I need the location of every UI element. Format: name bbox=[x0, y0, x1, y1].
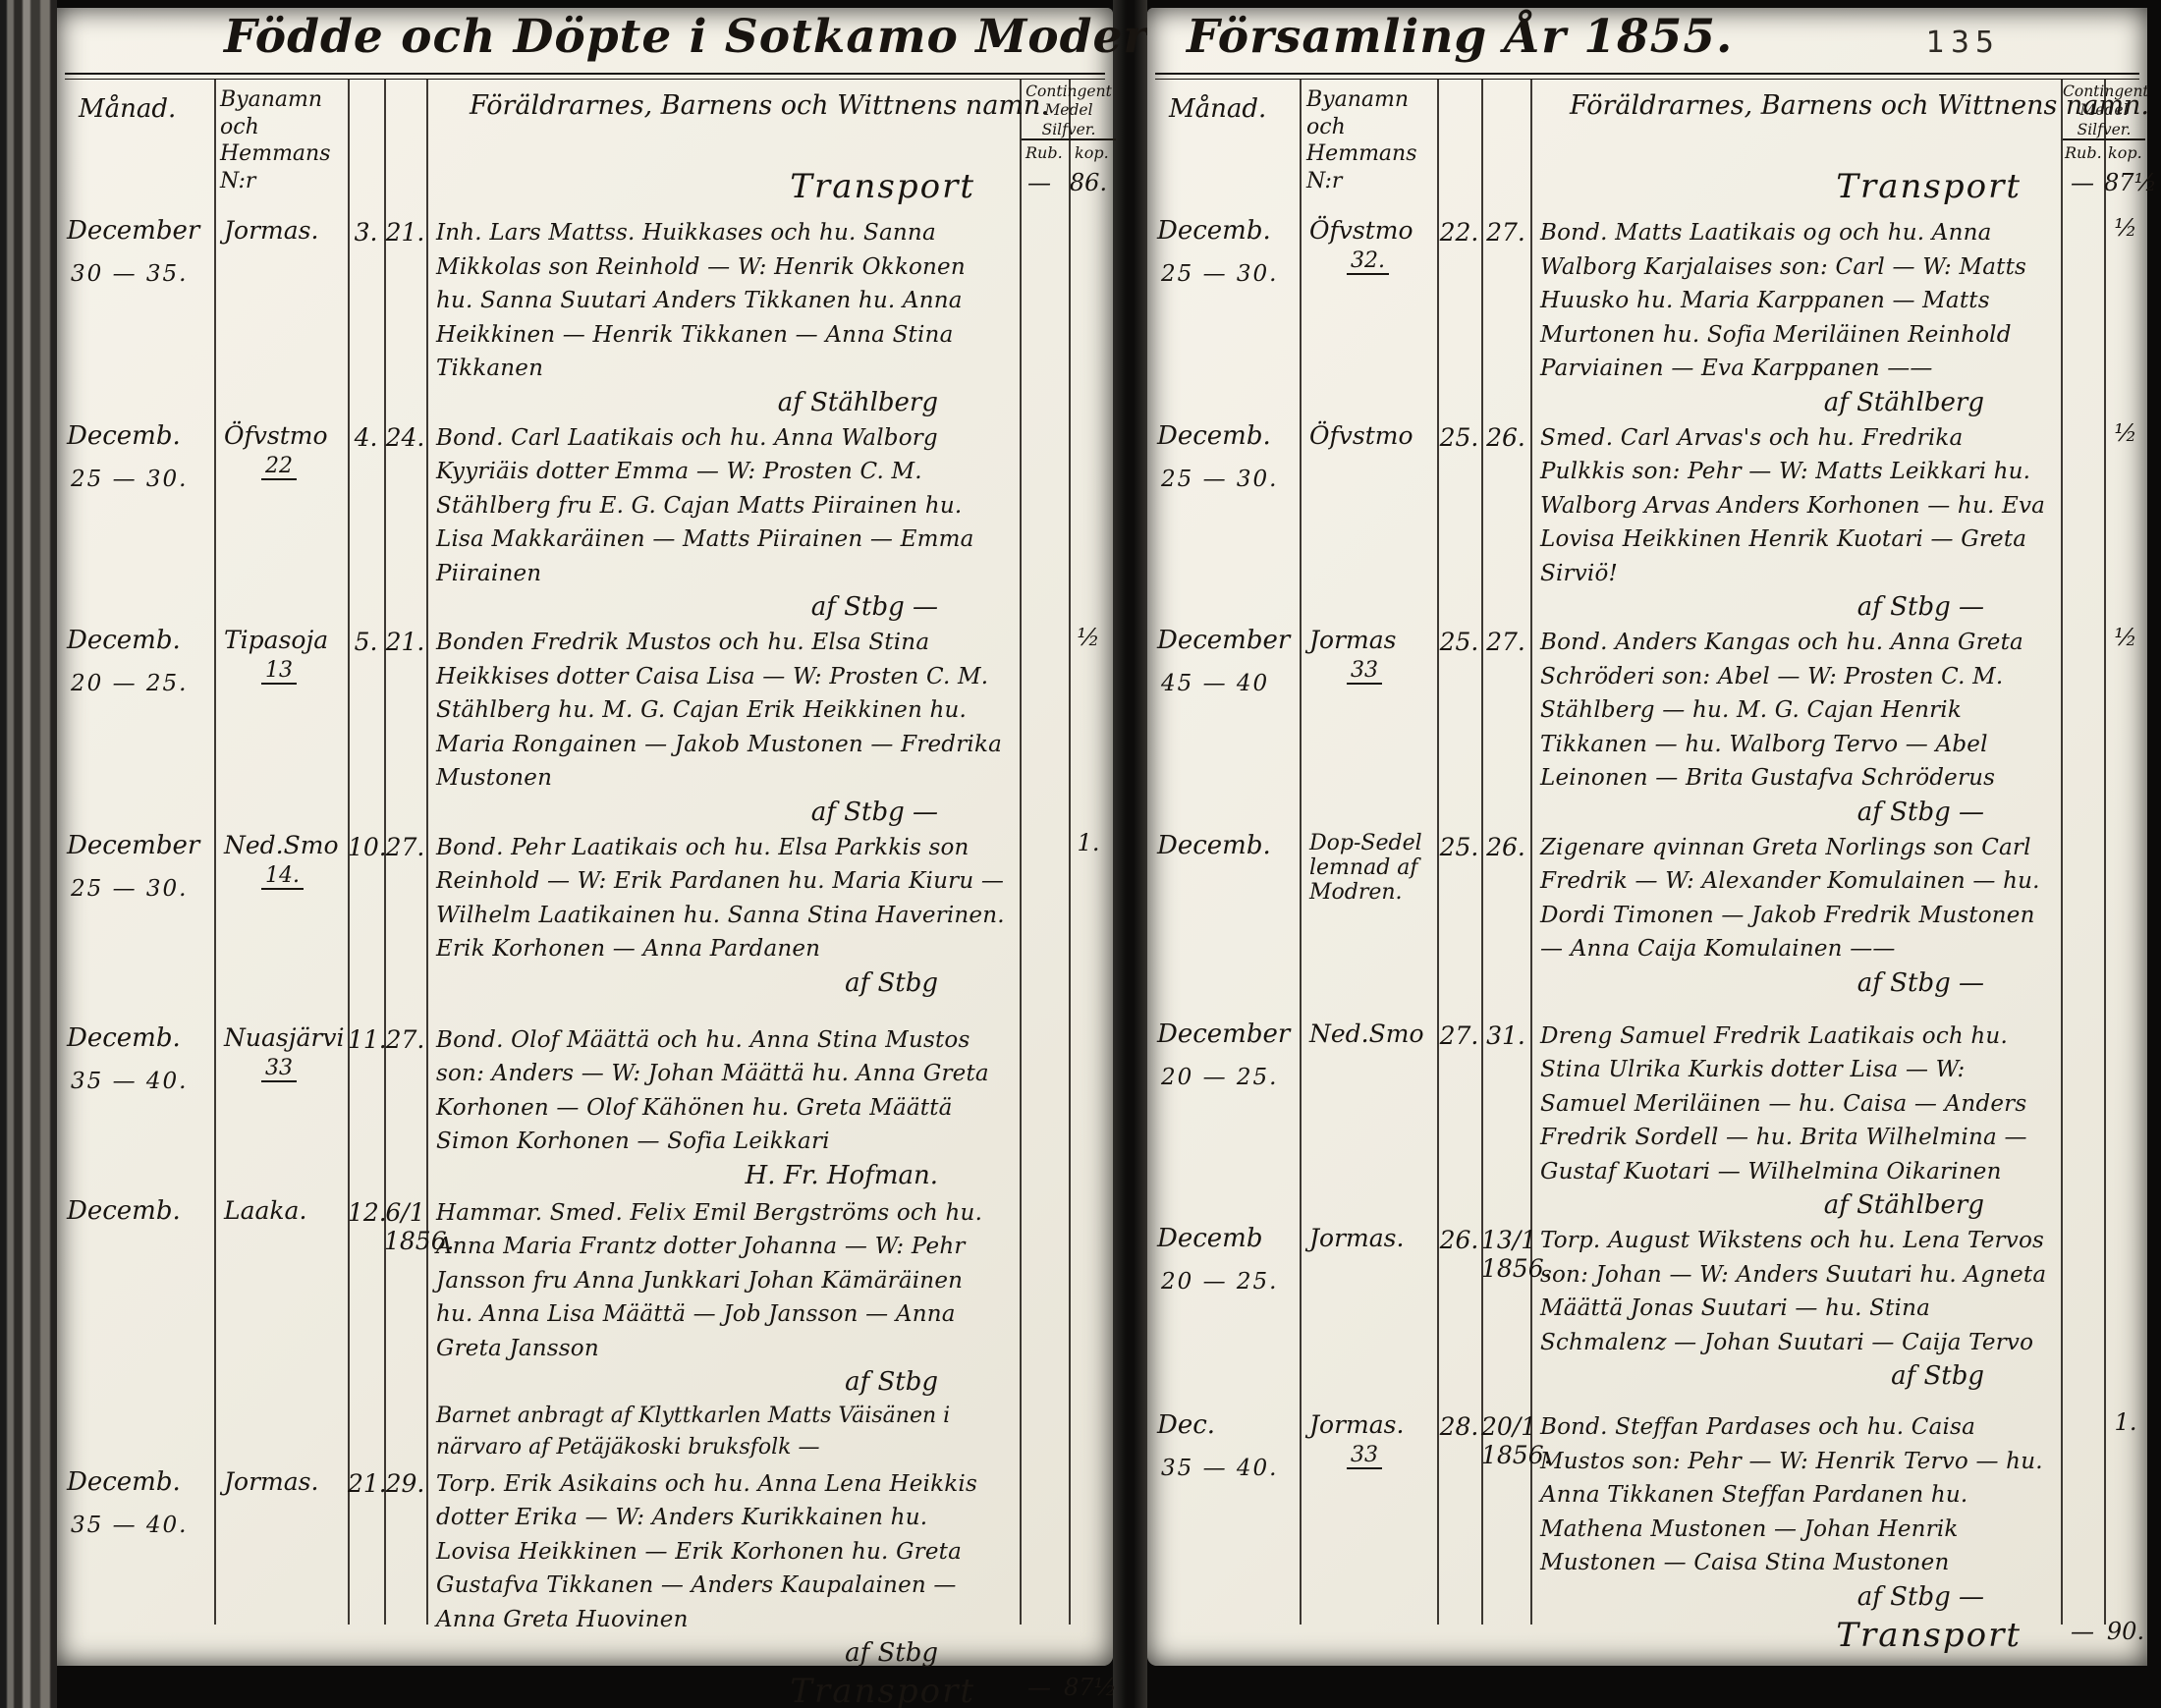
entry-birth-no: 12. bbox=[348, 1192, 384, 1227]
fee-kop: 87½ bbox=[2104, 169, 2147, 206]
transport-row-bottom: Transport — 87½ bbox=[57, 1672, 1113, 1708]
register-scan: Födde och Döpte i Sotkamo Moderkyrko Mån… bbox=[0, 0, 2161, 1708]
entry-names: Bonden Fredrik Mustos och hu. Elsa Stina… bbox=[426, 622, 1015, 827]
entry-fee: ½ bbox=[1015, 622, 1113, 827]
right-page: Församling År 1855. 135 Månad. Byanamn o… bbox=[1147, 8, 2147, 1666]
entry-names: Torp. August Wikstens och hu. Lena Tervo… bbox=[1530, 1220, 2061, 1391]
page-number: 135 bbox=[1926, 26, 2000, 60]
transport-fee: — 90. bbox=[2061, 1616, 2147, 1655]
entry-birth-no: 11. bbox=[348, 1019, 384, 1054]
entry-signature: af Stbg bbox=[1540, 1361, 2053, 1391]
entry-names: Inh. Lars Mattss. Huikkases och hu. Sann… bbox=[426, 212, 1015, 417]
entry-names: Bond. Anders Kangas och hu. Anna Greta S… bbox=[1530, 622, 2061, 827]
entry-month: Decemb. 20 — 25. bbox=[57, 622, 214, 696]
entry-fee bbox=[2061, 1220, 2147, 1406]
header-rub: Rub. bbox=[2065, 143, 2102, 162]
entry-fee bbox=[1015, 1192, 1113, 1463]
register-entry: Decemb. 20 — 25. Tipasoja 13 5. 21. Bond… bbox=[57, 622, 1113, 827]
entry-baptism-no: 21. bbox=[384, 212, 426, 247]
entry-baptism-no: 26. bbox=[1481, 417, 1530, 452]
entry-names: Bond. Pehr Laatikais och hu. Elsa Parkki… bbox=[426, 827, 1015, 998]
entry-month: Decemb. 25 — 30. bbox=[1147, 212, 1300, 287]
transport-row-top: Transport — 86. bbox=[57, 167, 1113, 206]
entry-birth-no: 26. bbox=[1437, 1220, 1481, 1254]
entry-village: Öfvstmo bbox=[1300, 417, 1437, 450]
entry-signature: af Stbg — bbox=[1540, 1582, 2053, 1612]
entry-baptism-no: 13/1 1856. bbox=[1481, 1220, 1530, 1283]
fee-kop: 86. bbox=[1064, 169, 1113, 206]
register-entry: Decemb. 25 — 30. Öfvstmo 32. 22. 27. Bon… bbox=[1147, 212, 2147, 417]
register-entry: Decemb. 35 — 40. Nuasjärvi 33 11. 27. Bo… bbox=[57, 1019, 1113, 1192]
entry-village: Jormas 33 bbox=[1300, 622, 1437, 685]
entry-signature: af Stbg bbox=[436, 968, 1007, 998]
register-entry: Decemb. 25 — 30. Öfvstmo 25. 26. Smed. C… bbox=[1147, 417, 2147, 623]
transport-label: Transport bbox=[1530, 1616, 2061, 1655]
register-entry: Decemb. Laaka. 12. 6/1 1856. Hammar. Sme… bbox=[57, 1192, 1113, 1463]
register-entry: December 20 — 25. Ned.Smo 27. 31. Dreng … bbox=[1147, 1016, 2147, 1221]
entry-signature: af Stbg bbox=[436, 1367, 1007, 1397]
header-names: Föräldrarnes, Barnens och Wittnens namn. bbox=[470, 90, 1049, 121]
entry-names: Bond. Carl Laatikais och hu. Anna Walbor… bbox=[426, 417, 1015, 623]
entry-baptism-no: 26. bbox=[1481, 827, 1530, 861]
entry-signature: af Stbg — bbox=[1540, 798, 2053, 827]
entry-fee: ½ bbox=[2061, 212, 2147, 417]
transport-label: Transport bbox=[426, 1672, 1015, 1708]
register-entry: Decemb. Dop-Sedel lemnad af Modren. 25. … bbox=[1147, 827, 2147, 1016]
entry-names: Bond. Matts Laatikais og och hu. Anna Wa… bbox=[1530, 212, 2061, 417]
entry-month: Dec. 35 — 40. bbox=[1147, 1406, 1300, 1481]
transport-row-top: Transport — 87½ bbox=[1147, 167, 2147, 206]
entry-birth-no: 21. bbox=[348, 1463, 384, 1498]
entry-baptism-no: 27. bbox=[1481, 622, 1530, 656]
entry-signature: H. Fr. Hofman. bbox=[436, 1161, 1007, 1190]
entry-fee bbox=[1015, 212, 1113, 417]
entry-baptism-no: 31. bbox=[1481, 1016, 1530, 1050]
entry-names: Torp. Erik Asikains och hu. Anna Lena He… bbox=[426, 1463, 1015, 1669]
entry-village: Dop-Sedel lemnad af Modren. bbox=[1300, 827, 1437, 905]
entry-fee bbox=[2061, 827, 2147, 1016]
entry-signature: af Stählberg bbox=[436, 388, 1007, 417]
entry-fee: ½ bbox=[2061, 417, 2147, 623]
entry-birth-no: 27. bbox=[1437, 1016, 1481, 1050]
fee-rub: — bbox=[1015, 1674, 1064, 1708]
right-entries: Transport — 87½ Decemb. 25 — 30. Öfvstmo… bbox=[1147, 167, 2147, 1655]
entry-names: Smed. Carl Arvas's och hu. Fredrika Pulk… bbox=[1530, 417, 2061, 623]
entry-baptism-no: 20/1 1856. bbox=[1481, 1406, 1530, 1469]
header-fee: Contingent Medel Silfver. bbox=[1022, 83, 1116, 139]
entry-names: Bond. Olof Määttä och hu. Anna Stina Mus… bbox=[426, 1019, 1015, 1190]
entry-month: Decemb 20 — 25. bbox=[1147, 1220, 1300, 1295]
entry-fee bbox=[1015, 1019, 1113, 1192]
entry-village: Jormas. bbox=[1300, 1220, 1437, 1252]
entry-birth-no: 25. bbox=[1437, 827, 1481, 861]
entry-birth-no: 25. bbox=[1437, 417, 1481, 452]
entry-signature: af Stbg bbox=[436, 1638, 1007, 1668]
entry-village: Laaka. bbox=[214, 1192, 348, 1225]
transport-fee: — 87½ bbox=[1015, 1672, 1113, 1708]
transport-row-bottom: Transport — 90. bbox=[1147, 1616, 2147, 1655]
entry-birth-no: 4. bbox=[348, 417, 384, 452]
entry-month: Decemb. 25 — 30. bbox=[1147, 417, 1300, 492]
register-entry: Dec. 35 — 40. Jormas. 33 28. 20/1 1856. … bbox=[1147, 1406, 2147, 1612]
entry-names: Bond. Steffan Pardases och hu. Caisa Mus… bbox=[1530, 1406, 2061, 1612]
entry-village: Jormas. bbox=[214, 1463, 348, 1496]
header-month: Månad. bbox=[79, 94, 176, 124]
entry-birth-no: 10. bbox=[348, 827, 384, 861]
entry-names: Hammar. Smed. Felix Emil Bergströms och … bbox=[426, 1192, 1015, 1463]
entry-signature: af Stählberg bbox=[1540, 388, 2053, 417]
transport-fee: — 87½ bbox=[2061, 167, 2147, 206]
entry-birth-no: 28. bbox=[1437, 1406, 1481, 1441]
register-entry: December 30 — 35. Jormas. 3. 21. Inh. La… bbox=[57, 212, 1113, 417]
header-month: Månad. bbox=[1169, 94, 1266, 124]
entry-village: Ned.Smo 14. bbox=[214, 827, 348, 890]
entry-village: Öfvstmo 32. bbox=[1300, 212, 1437, 275]
entry-fee: ½ bbox=[2061, 622, 2147, 827]
entry-month: Decemb. bbox=[57, 1192, 214, 1241]
entry-signature: af Stählberg bbox=[1540, 1190, 2053, 1220]
entry-month: Decemb. 35 — 40. bbox=[57, 1463, 214, 1538]
entry-note: Barnet anbragt af Klyttkarlen Matts Väis… bbox=[436, 1401, 1007, 1463]
register-entry: Decemb 20 — 25. Jormas. 26. 13/1 1856. T… bbox=[1147, 1220, 2147, 1406]
entry-baptism-no: 21. bbox=[384, 622, 426, 656]
entry-baptism-no: 27. bbox=[384, 1019, 426, 1054]
transport-label: Transport bbox=[1530, 167, 2061, 206]
register-entry: December 45 — 40 Jormas 33 25. 27. Bond.… bbox=[1147, 622, 2147, 827]
entry-village: Ned.Smo bbox=[1300, 1016, 1437, 1048]
entry-signature: af Stbg — bbox=[1540, 592, 2053, 622]
transport-label: Transport bbox=[426, 167, 1015, 206]
fee-rub: — bbox=[2061, 169, 2104, 206]
book-spine bbox=[1113, 0, 1147, 1708]
entry-month: December 30 — 35. bbox=[57, 212, 214, 287]
entry-month: December 45 — 40 bbox=[1147, 622, 1300, 696]
entry-village: Öfvstmo 22 bbox=[214, 417, 348, 480]
entry-signature: af Stbg — bbox=[1540, 968, 2053, 998]
entry-month: Decemb. bbox=[1147, 827, 1300, 876]
fee-kop: 90. bbox=[2104, 1618, 2147, 1655]
page-title-left: Födde och Döpte i Sotkamo Moderkyrko bbox=[57, 10, 1113, 64]
entry-village: Jormas. bbox=[214, 212, 348, 245]
transport-fee: — 86. bbox=[1015, 167, 1113, 206]
fee-header-rule bbox=[1022, 138, 1116, 140]
entry-names: Zigenare qvinnan Greta Norlings son Carl… bbox=[1530, 827, 2061, 998]
fee-header-rule bbox=[2063, 138, 2145, 140]
entry-village: Nuasjärvi 33 bbox=[214, 1019, 348, 1082]
fee-rub: — bbox=[2061, 1618, 2104, 1655]
left-page: Födde och Döpte i Sotkamo Moderkyrko Mån… bbox=[57, 8, 1113, 1666]
entry-baptism-no: 27. bbox=[384, 827, 426, 861]
entry-village: Tipasoja 13 bbox=[214, 622, 348, 685]
register-entry: Decemb. 35 — 40. Jormas. 21. 29. Torp. E… bbox=[57, 1463, 1113, 1669]
entry-names: Dreng Samuel Fredrik Laatikais och hu. S… bbox=[1530, 1016, 2061, 1221]
header-fee: Contingent Medel Silfver. bbox=[2063, 83, 2145, 139]
register-entry: Decemb. 25 — 30. Öfvstmo 22 4. 24. Bond.… bbox=[57, 417, 1113, 623]
title-rule bbox=[65, 73, 1105, 80]
entry-birth-no: 22. bbox=[1437, 212, 1481, 247]
header-rub: Rub. bbox=[1025, 143, 1063, 162]
entry-village: Jormas. 33 bbox=[1300, 1406, 1437, 1469]
entry-baptism-no: 6/1 1856. bbox=[384, 1192, 426, 1255]
book-page-edges bbox=[0, 0, 57, 1708]
entry-birth-no: 5. bbox=[348, 622, 384, 656]
header-kop: kop. bbox=[2108, 143, 2142, 162]
header-kop: kop. bbox=[1075, 143, 1109, 162]
entry-fee: 1. bbox=[1015, 827, 1113, 1019]
entry-month: December 25 — 30. bbox=[57, 827, 214, 902]
entry-birth-no: 25. bbox=[1437, 622, 1481, 656]
entry-signature: af Stbg — bbox=[436, 592, 1007, 622]
entry-fee bbox=[1015, 1463, 1113, 1669]
entry-baptism-no: 27. bbox=[1481, 212, 1530, 247]
entry-baptism-no: 24. bbox=[384, 417, 426, 452]
fee-rub: — bbox=[1015, 169, 1064, 206]
entry-fee: 1. bbox=[2061, 1406, 2147, 1612]
fee-kop: 87½ bbox=[1064, 1674, 1113, 1708]
entry-fee bbox=[2061, 1016, 2147, 1221]
entry-signature: af Stbg — bbox=[436, 798, 1007, 827]
entry-birth-no: 3. bbox=[348, 212, 384, 247]
register-entry: December 25 — 30. Ned.Smo 14. 10. 27. Bo… bbox=[57, 827, 1113, 1019]
entry-month: December 20 — 25. bbox=[1147, 1016, 1300, 1090]
left-entries: Transport — 86. December 30 — 35. Jormas… bbox=[57, 167, 1113, 1708]
entry-fee bbox=[1015, 417, 1113, 623]
entry-baptism-no: 29. bbox=[384, 1463, 426, 1498]
entry-month: Decemb. 25 — 30. bbox=[57, 417, 214, 492]
entry-month: Decemb. 35 — 40. bbox=[57, 1019, 214, 1094]
title-rule bbox=[1155, 73, 2139, 80]
